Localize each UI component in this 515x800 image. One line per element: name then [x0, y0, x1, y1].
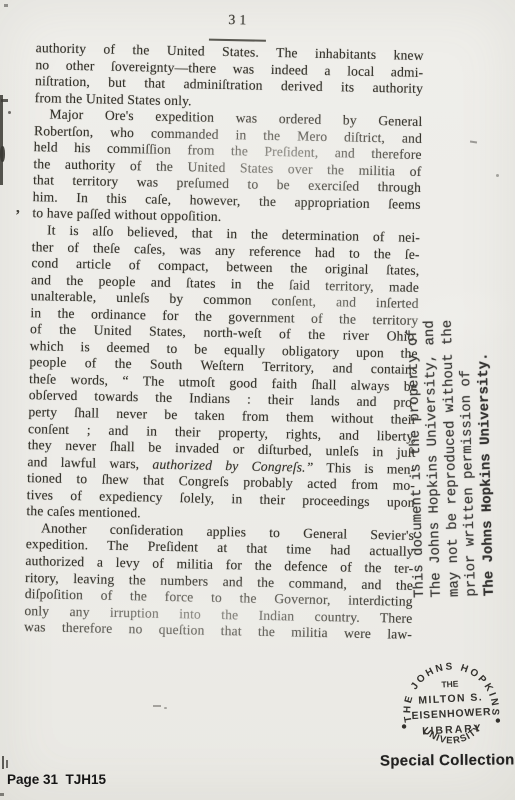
- binding-edge-artifact: [0, 95, 3, 185]
- stamp-right-dot: [496, 718, 501, 723]
- header-rule: [209, 39, 266, 42]
- stamp-left-dot: [402, 724, 407, 729]
- italic-citation: authorized by Congreſs.”: [152, 456, 313, 474]
- margin-mark: ,: [16, 200, 20, 217]
- page-number: 31: [212, 13, 266, 30]
- scan-speck: [496, 174, 499, 177]
- stamp-center-eisenhower: EISENHOWER: [411, 706, 491, 722]
- binding-edge-artifact: [1, 99, 8, 102]
- text-segment: This is men-: [313, 459, 415, 476]
- scan-speck: [6, 760, 8, 768]
- stamp-center-the: THE: [441, 679, 459, 690]
- printed-text-area: 31 authority of the United States. The i…: [21, 2, 426, 670]
- binding-edge-artifact: [8, 111, 11, 114]
- body-text: authority of the United States. The inha…: [24, 40, 424, 643]
- scan-speck: [2, 756, 4, 769]
- special-collections-label: Special Collections: [380, 751, 515, 769]
- binding-edge-artifact: [0, 146, 5, 162]
- scanned-page: 31 authority of the United States. The i…: [0, 0, 515, 800]
- text-segment: and lawful wars,: [27, 454, 152, 472]
- scan-speck: [153, 705, 161, 707]
- stamp-center-milton: MILTON S.: [418, 691, 483, 706]
- scan-speck: [4, 4, 8, 7]
- scan-speck: [470, 141, 477, 144]
- scan-speck: [164, 707, 167, 709]
- scan-speck: [0, 793, 4, 796]
- footer-page-label: Page 31 TJH15: [7, 772, 106, 787]
- ownership-note: This document is the property of The Joh…: [404, 296, 500, 598]
